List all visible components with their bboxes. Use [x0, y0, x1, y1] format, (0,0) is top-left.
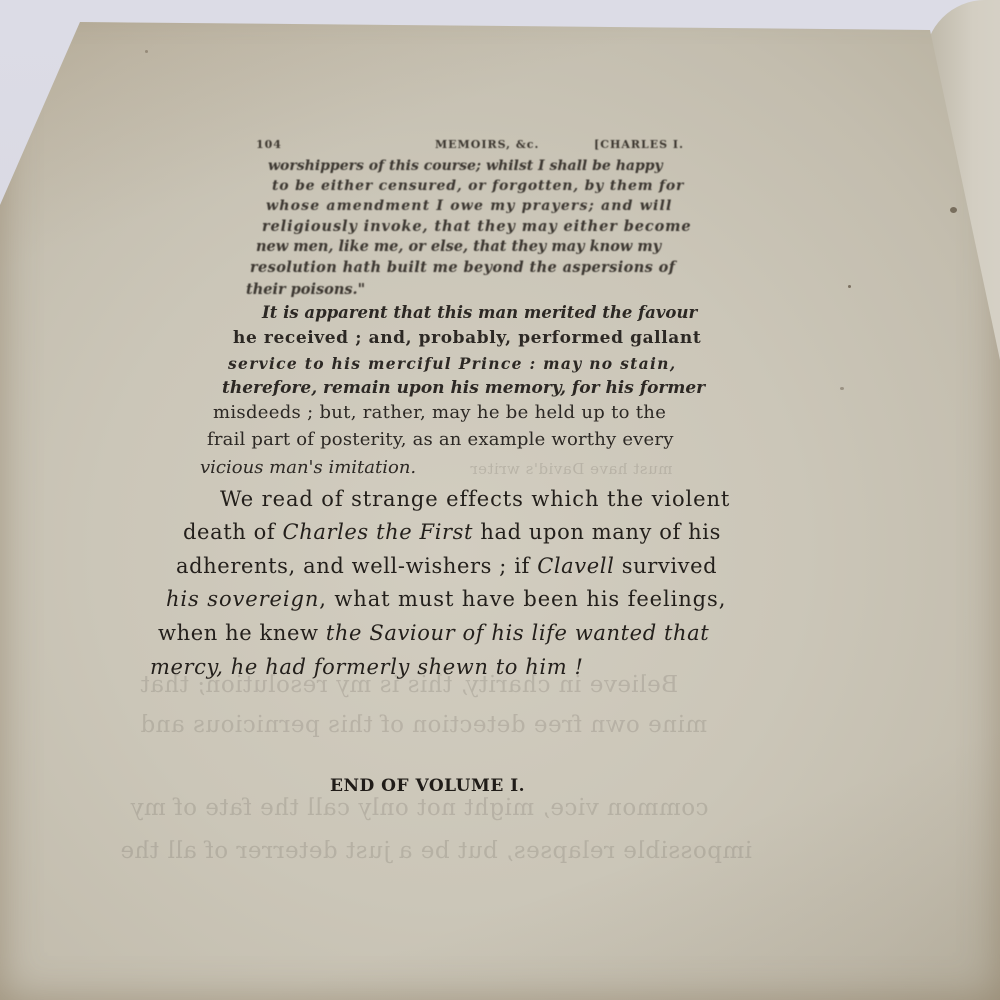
paragraph-line: misdeeds ; but, rather, may he be held u… — [213, 402, 666, 423]
paragraph-line: mercy, he had formerly shewn to him ! — [150, 655, 584, 679]
foxing-spot — [848, 285, 851, 288]
text-run: , what must have been his feelings, — [319, 587, 726, 611]
text-run: when he knew — [158, 621, 326, 645]
foxing-spot — [950, 207, 957, 213]
paragraph-line: therefore, remain upon his memory, for h… — [222, 378, 705, 398]
foxing-spot — [840, 387, 844, 390]
quote-line: resolution hath built me beyond the aspe… — [250, 259, 675, 276]
paragraph-line: he received ; and, probably, performed g… — [233, 328, 701, 348]
end-of-volume-mark: END OF VOLUME I. — [330, 776, 525, 796]
paragraph-line: service to his merciful Prince : may no … — [228, 354, 676, 373]
paragraph-line: We read of strange effects which the vio… — [220, 487, 730, 511]
bleed-through-line: impossible relapses, but be a just deter… — [120, 838, 752, 864]
quote-line: their poisons." — [246, 281, 365, 298]
book-page: Believe in charity, this is my resolutio… — [0, 0, 1000, 1000]
bleed-through-line: common vice, might not only call the fat… — [130, 795, 709, 821]
text-run: had upon many of his — [473, 520, 721, 544]
quote-line: religiously invoke, that they may either… — [262, 218, 692, 235]
paragraph-line: frail part of posterity, as an example w… — [207, 429, 674, 450]
italic-name-clavell: Clavell — [537, 554, 614, 578]
text-run: survived — [614, 554, 717, 578]
paragraph-line: It is apparent that this man merited the… — [262, 303, 697, 322]
bleed-through-line: mine own free detection of this pernicio… — [140, 712, 707, 738]
quote-line: worshippers of this course; whilst I sha… — [268, 158, 663, 174]
section-marker: [CHARLES I. — [594, 138, 684, 151]
quote-line: to be either censured, or forgotten, by … — [272, 178, 684, 194]
italic-name-charles: Charles the First — [283, 520, 474, 544]
quote-line: new men, like me, or else, that they may… — [256, 238, 661, 255]
italic-phrase: the Saviour of his life wanted that — [326, 621, 709, 645]
paragraph-line: when he knew the Saviour of his life wan… — [158, 621, 709, 645]
foxing-spot — [145, 50, 148, 53]
text-run: adherents, and well-wishers ; if — [176, 554, 537, 578]
paragraph-line: his sovereign, what must have been his f… — [166, 587, 726, 611]
text-run: his sovereign — [166, 587, 319, 611]
page-number: 104 — [256, 138, 282, 151]
paragraph-line: adherents, and well-wishers ; if Clavell… — [176, 554, 717, 578]
text-run: death of — [183, 520, 283, 544]
paragraph-line: vicious man's imitation. — [200, 457, 416, 478]
running-title: MEMOIRS, &c. — [435, 138, 539, 151]
paragraph-line: death of Charles the First had upon many… — [183, 520, 721, 544]
quote-line: whose amendment I owe my prayers; and wi… — [266, 198, 673, 214]
bleed-through-line: must have David's writer — [470, 460, 672, 478]
